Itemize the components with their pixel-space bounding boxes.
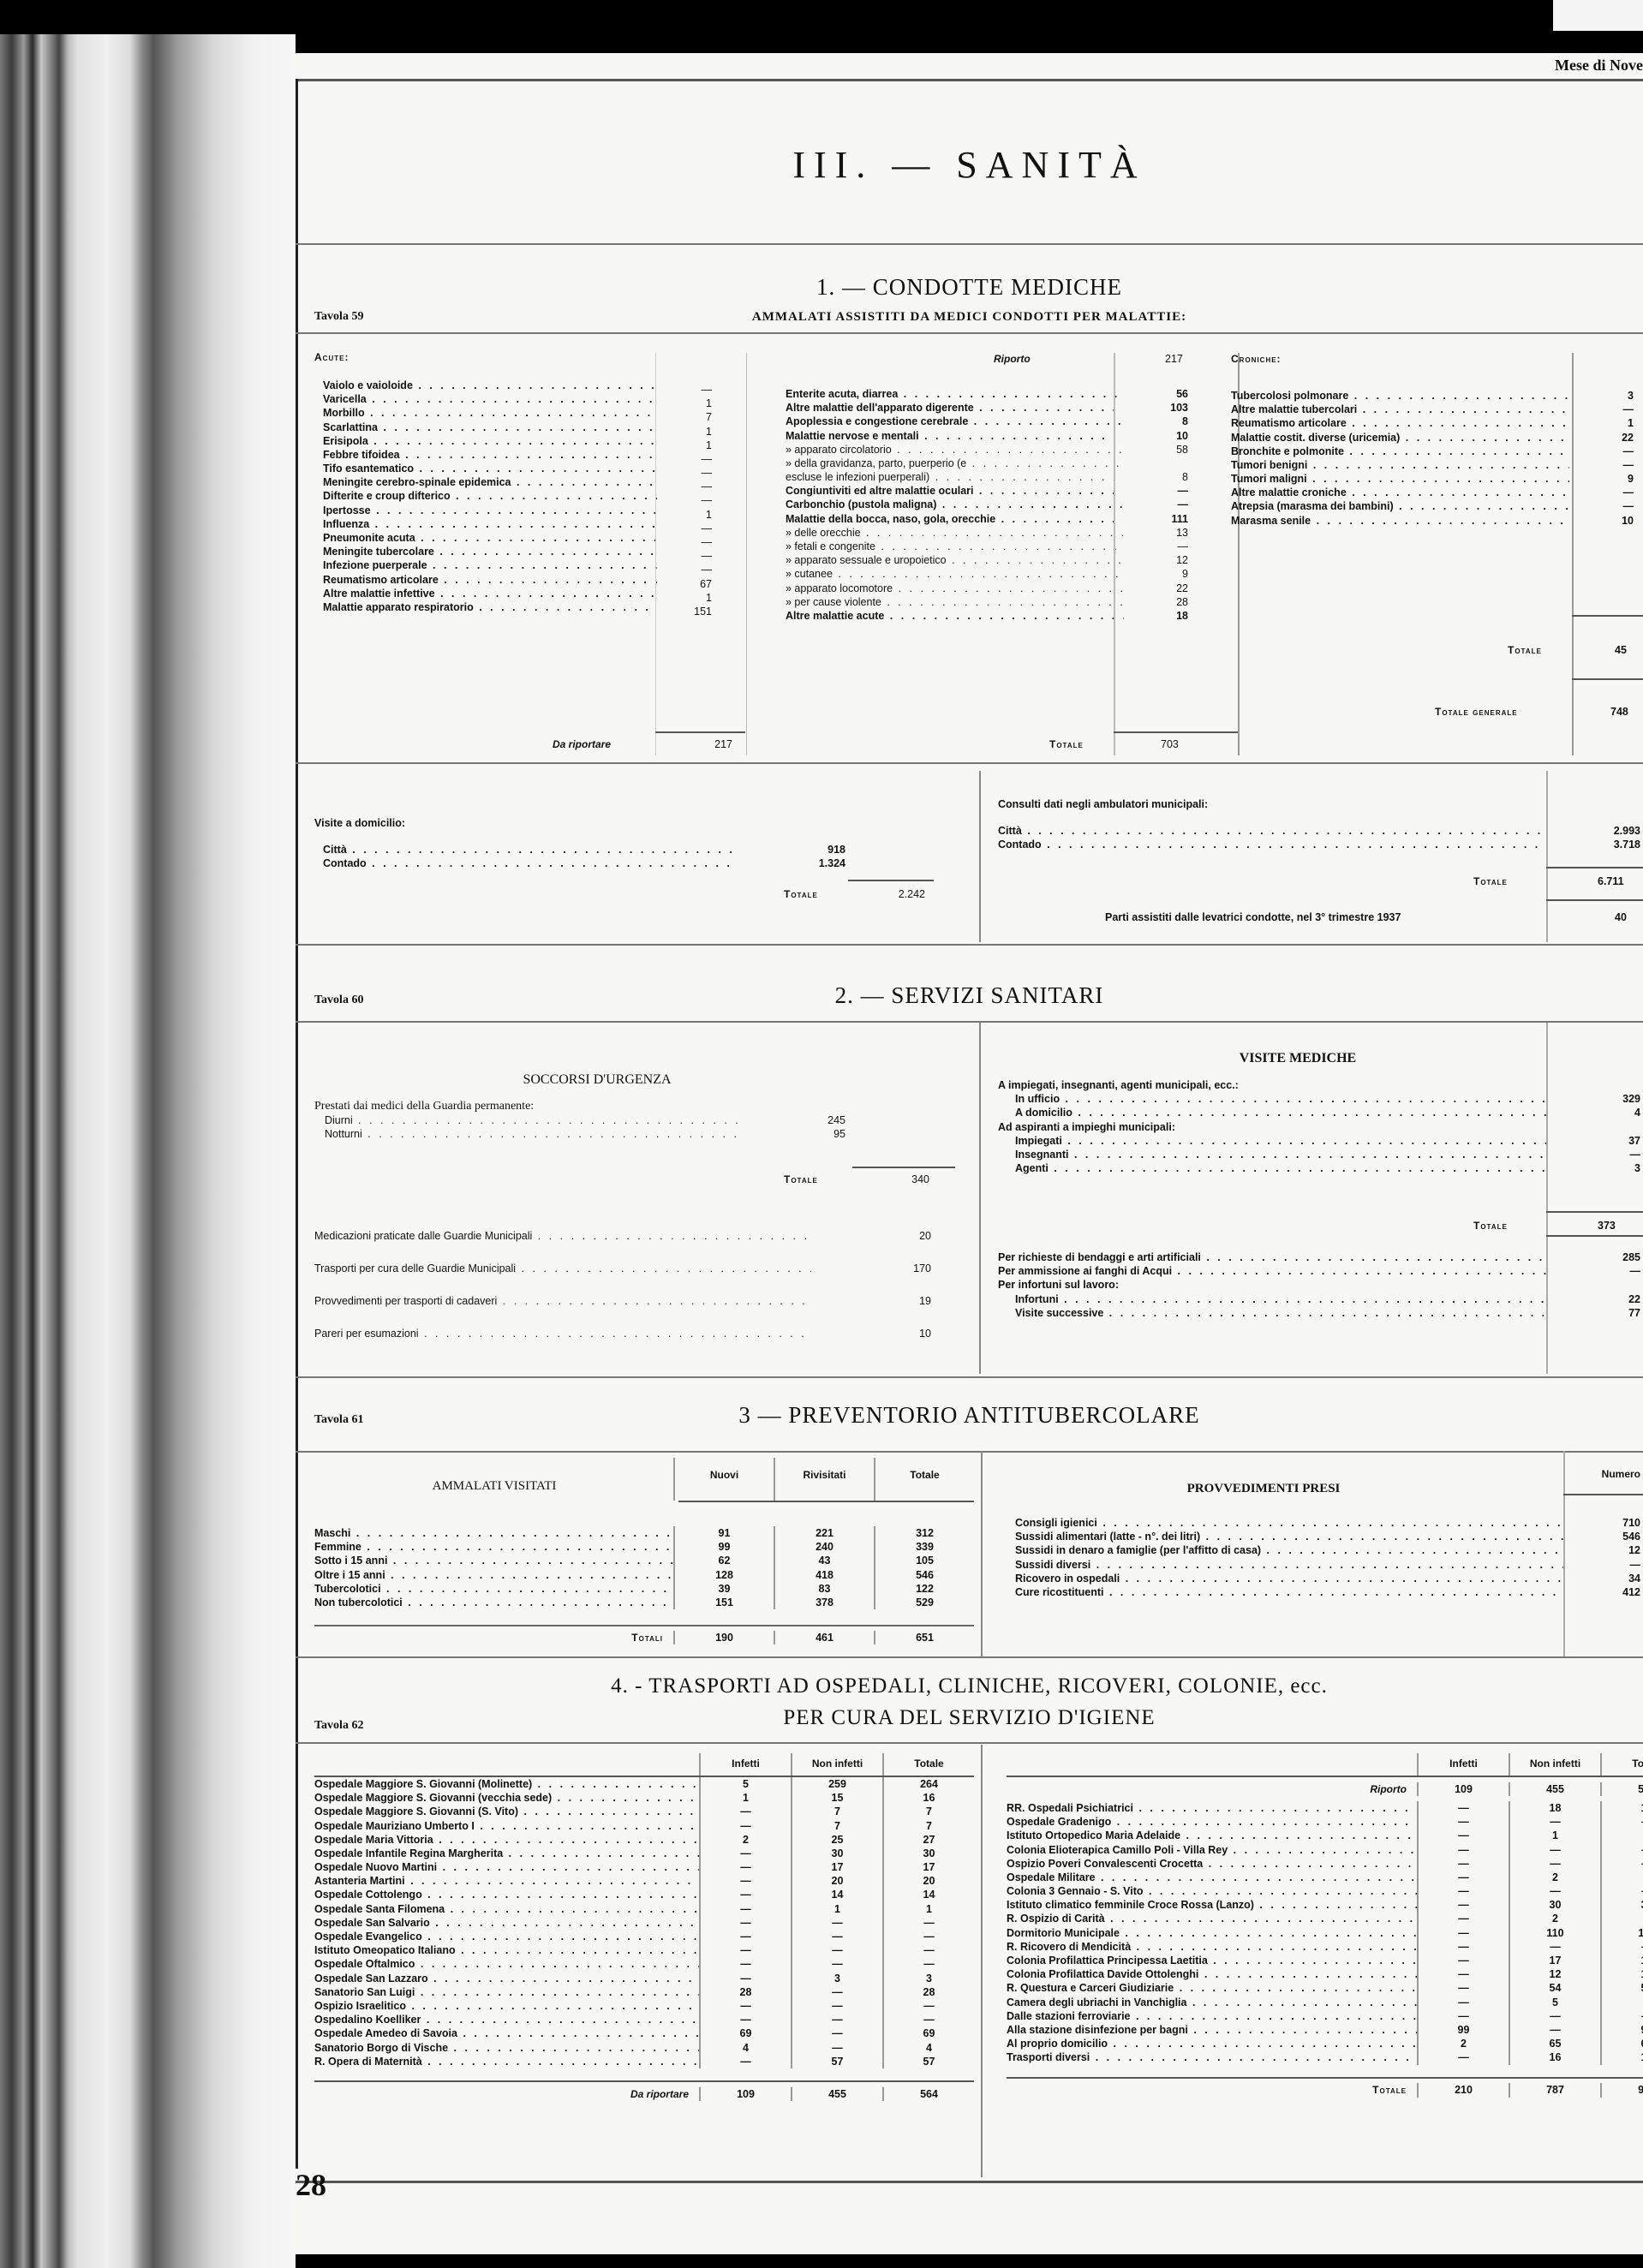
item-value: 285 <box>1546 1250 1640 1264</box>
cell-value: 190 <box>673 1631 774 1644</box>
cell-value: 7 <box>882 1819 974 1833</box>
table-row: Ospedale Evangelico——— <box>314 1930 974 1943</box>
book-binding-edge <box>0 34 296 2268</box>
item-label: Influenza <box>323 517 657 531</box>
row-label: Maschi <box>314 1526 673 1540</box>
list-item: Vaiolo e vaioloide <box>323 379 657 392</box>
list-item: Ricovero in ospedali34 <box>1015 1572 1640 1585</box>
totals-row: Totale210787997 <box>1007 2077 1643 2103</box>
cell-value: 564 <box>882 2087 974 2101</box>
group-label: Per infortuni sul lavoro: <box>998 1278 1640 1292</box>
row-label: RR. Ospedali Psichiatrici <box>1007 1801 1417 1815</box>
table-row: Colonia 3 Gennaio - S. Vito——— <box>1007 1884 1643 1898</box>
chronic-total-label: Totale <box>1508 644 1542 656</box>
section-title-preventorio: 3 — PREVENTORIO ANTITUBERCOLARE <box>296 1402 1643 1429</box>
table-row: Ospedale Maggiore S. Giovanni (S. Vito)—… <box>314 1805 974 1818</box>
item-label: Per richieste di bendaggi e arti artific… <box>998 1250 1546 1264</box>
table-row: Colonia Elioterapica Camillo Poli - Vill… <box>1007 1843 1643 1857</box>
row-label: Femmine <box>314 1540 673 1554</box>
cell-value: — <box>791 2041 882 2055</box>
table-row: Ospizio Israelitico——— <box>314 1999 974 2013</box>
item-label: Morbillo <box>323 406 657 420</box>
item-value: — <box>656 452 746 466</box>
divider <box>296 79 1643 81</box>
item-label: A domicilio <box>1015 1106 1546 1119</box>
item-label: Febbre tifoidea <box>323 448 657 462</box>
item-value: 3.718 <box>1546 838 1640 851</box>
item-label: escluse le infezioni puerperali) <box>786 470 1124 484</box>
cell-value: — <box>699 1805 791 1818</box>
cell-value: 651 <box>874 1631 974 1644</box>
section-subtitle-condotte: AMMALATI ASSISTITI DA MEDICI CONDOTTI PE… <box>296 310 1643 325</box>
table-row: Oltre i 15 anni128418546 <box>314 1568 974 1582</box>
cell-value: 18 <box>1600 1801 1643 1815</box>
cell-value: 57 <box>791 2055 882 2068</box>
chapter-title: III. — SANITÀ <box>296 143 1643 187</box>
column-header: Totale <box>874 1458 974 1501</box>
table-row: Tubercolotici3983122 <box>314 1582 974 1596</box>
column-header: Totale <box>882 1753 974 1776</box>
item-value: 1 <box>656 397 746 410</box>
visits-heading: VISITE MEDICHE <box>998 1051 1598 1066</box>
item-value: 111 <box>1124 512 1188 526</box>
column-divider <box>1546 1023 1548 1374</box>
column-divider <box>981 1451 983 1656</box>
acute-list: Acute: Vaiolo e vaioloideVaricellaMorbil… <box>314 351 657 614</box>
cell-value: 1 <box>1600 1829 1643 1842</box>
row-label: Oltre i 15 anni <box>314 1568 673 1582</box>
item-label: Città <box>998 824 1546 838</box>
cell-value: 67 <box>1600 2037 1643 2050</box>
list-item: » della gravidanza, parto, puerperio (e <box>786 457 1188 470</box>
row-label: R. Ricovero di Mendicità <box>1007 1940 1417 1954</box>
cell-value: — <box>882 2013 974 2026</box>
table-row: Ospedale Gradenigo——— <box>1007 1815 1643 1829</box>
row-label: Ospedale Santa Filomena <box>314 1902 699 1916</box>
document-page: Mese di Nove III. — SANITÀ 1. — CONDOTTE… <box>296 53 1643 2254</box>
list-item: » apparato circolatorio58 <box>786 443 1188 457</box>
list-item: Diurni245 <box>325 1113 845 1127</box>
item-value: 34 <box>1563 1572 1640 1585</box>
row-label: Ospedale San Lazzaro <box>314 1972 699 1985</box>
divider <box>1572 615 1643 617</box>
row-label: Ospedale Infantile Regina Margherita <box>314 1847 699 1860</box>
cell-value: 110 <box>1600 1926 1643 1940</box>
cell-value: — <box>791 1916 882 1930</box>
list-item: » per cause violente28 <box>786 595 1188 609</box>
cell-value: — <box>1600 2009 1643 2023</box>
group-label: A impiegati, insegnanti, agenti municipa… <box>998 1078 1640 1092</box>
row-label: Astanteria Martini <box>314 1874 699 1888</box>
item-value: 412 <box>1563 1585 1640 1599</box>
item-value: 329 <box>1546 1092 1640 1106</box>
table-row: Sanatorio Borgo di Vische4—4 <box>314 2041 974 2055</box>
list-item: Malattie della bocca, naso, gola, orecch… <box>786 512 1188 526</box>
item-label: Sussidi alimentari (latte - n°. dei litr… <box>1015 1530 1563 1543</box>
cell-value: 91 <box>673 1526 774 1540</box>
row-label: Ospedale Maggiore S. Giovanni (vecchia s… <box>314 1791 699 1805</box>
section-title-trasporti: 4. - TRASPORTI AD OSPEDALI, CLINICHE, RI… <box>296 1674 1643 1698</box>
item-value: 710 <box>1563 1516 1640 1530</box>
item-label: Apoplessia e congestione cerebrale <box>786 415 1124 428</box>
list-item: Provvedimenti per trasporti di cadaveri1… <box>314 1285 931 1317</box>
list-item: Infortuni22 <box>998 1292 1640 1306</box>
cell-value: — <box>1417 1829 1509 1842</box>
cell-value: 2 <box>1509 1871 1600 1884</box>
cell-value: — <box>1600 1884 1643 1898</box>
divider <box>678 1501 974 1502</box>
row-label: Dormitorio Municipale <box>1007 1926 1417 1940</box>
chronic-total-value: 45 <box>1615 644 1627 656</box>
cell-value: — <box>1600 1940 1643 1954</box>
table-row: Ospedale Militare—22 <box>1007 1871 1643 1884</box>
item-value: 28 <box>1124 595 1188 609</box>
list-item: Reumatismo articolare <box>323 573 657 587</box>
divider <box>848 880 934 881</box>
cell-value: 110 <box>1509 1926 1600 1940</box>
cell-value: — <box>882 1957 974 1971</box>
row-label: Sanatorio Borgo di Vische <box>314 2041 699 2055</box>
row-label: Ospedale Evangelico <box>314 1930 699 1943</box>
cell-value: 109 <box>1417 1782 1509 1796</box>
list-item: Città918 <box>323 843 845 856</box>
cell-value: 27 <box>882 1833 974 1847</box>
row-label: Alla stazione disinfezione per bagni <box>1007 2023 1417 2037</box>
item-value: 8 <box>1124 470 1188 484</box>
table-row: Non tubercolotici151378529 <box>314 1596 974 1609</box>
cell-value: 16 <box>1600 2050 1643 2064</box>
list-item: Influenza <box>323 517 657 531</box>
urgent-other-list: Medicazioni praticate dalle Guardie Muni… <box>314 1220 931 1350</box>
table-row: Sanatorio San Luigi28—28 <box>314 1985 974 1999</box>
cell-value: 25 <box>791 1833 882 1847</box>
cell-value: — <box>699 1972 791 1985</box>
divider <box>1114 731 1238 733</box>
section-title-condotte: 1. — CONDOTTE MEDICHE <box>296 274 1643 301</box>
column-header: Non infetti <box>791 1753 882 1776</box>
item-label: » fetali e congenite <box>786 540 1124 553</box>
item-value: 22 <box>1569 431 1634 445</box>
cell-value: 122 <box>874 1582 974 1596</box>
list-item: » cutanee9 <box>786 567 1188 581</box>
item-value: 103 <box>1124 401 1188 415</box>
cell-value: 43 <box>774 1554 874 1567</box>
item-value: 546 <box>1563 1530 1640 1543</box>
cell-value: 69 <box>882 2026 974 2040</box>
column-divider <box>981 1745 983 2177</box>
list-item: Agenti3 <box>998 1161 1640 1175</box>
table-row: Ospedale Oftalmico——— <box>314 1957 974 1971</box>
item-label: In ufficio <box>1015 1092 1546 1106</box>
item-label: Carbonchio (pustola maligna) <box>786 498 1124 511</box>
item-label: Medicazioni praticate dalle Guardie Muni… <box>314 1220 811 1252</box>
cell-value: 1 <box>882 1902 974 1916</box>
item-value: 1 <box>656 439 746 452</box>
item-label: » delle orecchie <box>786 526 1124 540</box>
row-label: Colonia Profilattica Davide Ottolenghi <box>1007 1967 1417 1981</box>
cell-value: — <box>1417 1981 1509 1995</box>
cell-value: — <box>791 1957 882 1971</box>
divider <box>296 1451 1643 1453</box>
cell-value: — <box>1417 1884 1509 1898</box>
cell-value: 312 <box>874 1526 974 1540</box>
table-row: Colonia Profilattica Davide Ottolenghi—1… <box>1007 1967 1643 1981</box>
list-item: Altre malattie acute18 <box>786 609 1188 623</box>
cell-value: 2 <box>1600 1912 1643 1925</box>
item-label: Cure ricostituenti <box>1015 1585 1563 1599</box>
table-header: NuoviRivisitatiTotale <box>314 1458 974 1501</box>
measures-heading: PROVVEDIMENTI PRESI <box>1007 1482 1521 1496</box>
row-label: Colonia Profilattica Principessa Laetiti… <box>1007 1954 1417 1967</box>
item-value: 1.324 <box>734 856 845 870</box>
item-label: Reumatismo articolare <box>323 573 657 587</box>
table-label: Tavola 59 <box>314 310 363 324</box>
item-value: 77 <box>1546 1306 1640 1320</box>
cell-value: 17 <box>1509 1954 1600 1967</box>
item-label: Sussidi in denaro a famiglie (per l'affi… <box>1015 1543 1563 1557</box>
divider <box>1572 678 1643 680</box>
cell-value: — <box>791 1985 882 1999</box>
home-visits: Visite a domicilio: Città918Contado1.324 <box>314 817 845 870</box>
consults-heading: Consulti dati negli ambulatori municipal… <box>998 798 1598 810</box>
totals-row: Da riportare109455564 <box>314 2080 974 2106</box>
transport-table-right: InfettiNon infettiTotaleRiporto109455564… <box>1007 1753 1643 2103</box>
section-subtitle-trasporti: PER CURA DEL SERVIZIO D'IGIENE <box>296 1706 1643 1730</box>
item-label: Malattie costit. diverse (uricemia) <box>1231 431 1569 445</box>
row-label: Ospedale San Salvario <box>314 1916 699 1930</box>
list-item: Difterite e croup difterico <box>323 490 657 504</box>
item-value: 3 <box>1546 1161 1640 1175</box>
cell-value: — <box>699 1847 791 1860</box>
totals-row: Totali190461651 <box>314 1625 974 1649</box>
item-value: — <box>656 563 746 576</box>
item-label: Altre malattie croniche <box>1231 486 1569 499</box>
cell-value: 28 <box>882 1985 974 1999</box>
cell-value: 259 <box>791 1777 882 1791</box>
cell-value: — <box>1417 1926 1509 1940</box>
births-value: 40 <box>1615 911 1627 923</box>
item-label: Scarlattina <box>323 421 657 434</box>
cell-value: 418 <box>774 1568 874 1582</box>
table-header: InfettiNon infettiTotale <box>1007 1753 1643 1777</box>
column-divider <box>1546 771 1548 942</box>
item-value: 19 <box>811 1285 931 1317</box>
visits-total-label: Totale <box>1473 1220 1508 1232</box>
consults-total-label: Totale <box>1473 875 1508 887</box>
cell-value: — <box>791 1943 882 1957</box>
cell-value: 240 <box>774 1540 874 1554</box>
item-label: Notturni <box>325 1127 743 1141</box>
item-label: Per ammissione ai fanghi di Acqui <box>998 1264 1546 1278</box>
cell-value: 20 <box>882 1874 974 1888</box>
list-item: In ufficio329 <box>998 1092 1640 1106</box>
table-row: Sotto i 15 anni6243105 <box>314 1554 974 1567</box>
divider <box>655 731 745 733</box>
divider <box>296 1742 1643 1744</box>
cell-value: — <box>1509 1940 1600 1954</box>
cell-value: — <box>1417 1898 1509 1912</box>
cell-value: — <box>882 1943 974 1957</box>
list-item: Impiegati37 <box>998 1134 1640 1148</box>
cell-value: — <box>1417 1857 1509 1871</box>
list-item: Per ammissione ai fanghi di Acqui— <box>998 1264 1640 1278</box>
row-label: Ospizio Poveri Convalescenti Crocetta <box>1007 1857 1417 1871</box>
row-label: Istituto Ortopedico Maria Adelaide <box>1007 1829 1417 1842</box>
cell-value: 20 <box>791 1874 882 1888</box>
consults: Consulti dati negli ambulatori municipal… <box>998 798 1598 851</box>
table-row: RR. Ospedali Psichiatrici—1818 <box>1007 1801 1643 1815</box>
row-label: Tubercolotici <box>314 1582 673 1596</box>
cell-value: — <box>1600 1843 1643 1857</box>
item-value: — <box>1569 445 1634 458</box>
cell-value: 12 <box>1600 1967 1643 1981</box>
item-label: Tifo esantematico <box>323 462 657 475</box>
item-value: 1 <box>656 591 746 605</box>
column-header: Nuovi <box>673 1458 774 1501</box>
cell-value: 151 <box>673 1596 774 1609</box>
list-item: Contado3.718 <box>998 838 1640 851</box>
acute-heading: Acute: <box>314 351 657 363</box>
row-label: Ospedale Maggiore S. Giovanni (S. Vito) <box>314 1805 699 1818</box>
cell-value: 14 <box>882 1888 974 1901</box>
row-label: Ospizio Israelitico <box>314 1999 699 2013</box>
cell-value: — <box>1509 2023 1600 2037</box>
cell-value: — <box>1417 1843 1509 1857</box>
list-item: Sussidi diversi— <box>1015 1558 1640 1572</box>
measures-column-header: Numero <box>1572 1468 1640 1480</box>
item-label: » apparato circolatorio <box>786 443 1124 457</box>
item-value: 95 <box>743 1127 845 1141</box>
item-label: Ipertosse <box>323 504 657 517</box>
row-label: R. Questura e Carceri Giudiziarie <box>1007 1981 1417 1995</box>
list-item: Pneumonite acuta <box>323 531 657 545</box>
cell-value: 30 <box>882 1847 974 1860</box>
divider <box>296 1656 1643 1658</box>
row-label: Ospedale Maggiore S. Giovanni (Molinette… <box>314 1777 699 1791</box>
table-row: Istituto Omeopatico Italiano——— <box>314 1943 974 1957</box>
column-divider <box>1572 353 1574 755</box>
list-item: Notturni95 <box>325 1127 845 1141</box>
row-label: Totale <box>1007 2083 1417 2097</box>
cell-value: — <box>1509 1815 1600 1829</box>
acute-total-value: 703 <box>1161 738 1179 750</box>
item-label: Vaiolo e vaioloide <box>323 379 657 392</box>
row-label: Ospedale Maria Vittoria <box>314 1833 699 1847</box>
row-label: Da riportare <box>314 2087 699 2101</box>
item-label: Altre malattie dell'apparato digerente <box>786 401 1124 415</box>
carry-value: 217 <box>655 738 732 750</box>
cell-value: 5 <box>1509 1996 1600 2009</box>
list-item: » delle orecchie13 <box>786 526 1188 540</box>
item-label: Ricovero in ospedali <box>1015 1572 1563 1585</box>
item-value: — <box>656 383 746 397</box>
list-item: » apparato sessuale e uropoietico12 <box>786 553 1188 567</box>
cell-value: — <box>882 1930 974 1943</box>
item-value: — <box>1569 403 1634 416</box>
item-value: 58 <box>1124 443 1188 457</box>
column-divider <box>979 771 981 942</box>
list-item: Malattie apparato respiratorio <box>323 600 657 614</box>
item-value: 22 <box>1546 1292 1640 1306</box>
group-label: Ad aspiranti a impieghi municipali: <box>998 1120 1640 1134</box>
visited-table: NuoviRivisitatiTotaleMaschi91221312Femmi… <box>314 1458 974 1649</box>
cell-value: 787 <box>1509 2083 1600 2097</box>
row-label: Ospedale Mauriziano Umberto I <box>314 1819 699 1833</box>
item-label: Varicella <box>323 392 657 406</box>
list-item: Carbonchio (pustola maligna)— <box>786 498 1188 512</box>
value-column: —1711————1————671151 <box>655 353 747 755</box>
list-item: Scarlattina <box>323 421 657 434</box>
cell-value: — <box>699 2013 791 2026</box>
table-row: R. Opera di Maternità—5757 <box>314 2055 974 2068</box>
urgent-intro: Prestati dai medici della Guardia perman… <box>314 1100 845 1113</box>
item-value: 3 <box>1569 389 1634 403</box>
page-frame-left <box>296 79 298 2169</box>
divider <box>1546 1235 1643 1237</box>
row-label: Ospedale Oftalmico <box>314 1957 699 1971</box>
row-label: Ospedale Cottolengo <box>314 1888 699 1901</box>
item-value: 22 <box>1124 582 1188 595</box>
list-item: Visite successive77 <box>998 1306 1640 1320</box>
divider <box>296 2181 1643 2183</box>
item-label: Meningite cerebro-spinale epidemica <box>323 475 657 489</box>
cell-value: 99 <box>1600 2023 1643 2037</box>
item-label: Insegnanti <box>1015 1148 1546 1161</box>
cell-value: 7 <box>791 1819 882 1833</box>
urgent-heading: SOCCORSI D'URGENZA <box>349 1072 845 1088</box>
cell-value: — <box>699 1860 791 1874</box>
cell-value: 105 <box>874 1554 974 1567</box>
item-label: Contado <box>998 838 1546 851</box>
row-label: Istituto climatico femminile Croce Rossa… <box>1007 1898 1417 1912</box>
list-item: » apparato locomotore22 <box>786 582 1188 595</box>
scan-corner <box>1553 0 1643 31</box>
cell-value: 62 <box>673 1554 774 1567</box>
item-label: Atrepsia (marasma dei bambini) <box>1231 499 1569 513</box>
item-value: 7 <box>656 410 746 424</box>
list-item: Per richieste di bendaggi e arti artific… <box>998 1250 1640 1264</box>
item-value: 10 <box>811 1317 931 1350</box>
item-label: Consigli igienici <box>1015 1516 1563 1530</box>
table-row: Ospedale Mauriziano Umberto I—77 <box>314 1819 974 1833</box>
cell-value: 17 <box>791 1860 882 1874</box>
item-label: Reumatismo articolare <box>1231 416 1569 430</box>
row-label: Dalle stazioni ferroviarie <box>1007 2009 1417 2023</box>
cell-value: 339 <box>874 1540 974 1554</box>
row-label: Ospedale Militare <box>1007 1871 1417 1884</box>
cell-value: 7 <box>791 1805 882 1818</box>
cell-value: 2 <box>1600 1871 1643 1884</box>
row-label: Colonia Elioterapica Camillo Poli - Vill… <box>1007 1843 1417 1857</box>
cell-value: 128 <box>673 1568 774 1582</box>
cell-value: 7 <box>882 1805 974 1818</box>
item-value: — <box>656 522 746 535</box>
cell-value: — <box>699 1874 791 1888</box>
item-value: 13 <box>1124 526 1188 540</box>
list-item: Altre malattie dell'apparato digerente10… <box>786 401 1188 415</box>
cell-value: 2 <box>1417 2037 1509 2050</box>
cell-value: 5 <box>1600 1996 1643 2009</box>
carried-value: 217 <box>1165 353 1183 365</box>
item-value: 12 <box>1563 1543 1640 1557</box>
divider <box>1546 867 1643 868</box>
urgent-care: SOCCORSI D'URGENZA Prestati dai medici d… <box>314 1072 845 1141</box>
cell-value: 15 <box>791 1791 882 1805</box>
item-label: Tubercolosi polmonare <box>1231 389 1569 403</box>
item-value: 245 <box>743 1113 845 1127</box>
divider <box>1546 1211 1643 1213</box>
home-visits-heading: Visite a domicilio: <box>314 817 845 829</box>
